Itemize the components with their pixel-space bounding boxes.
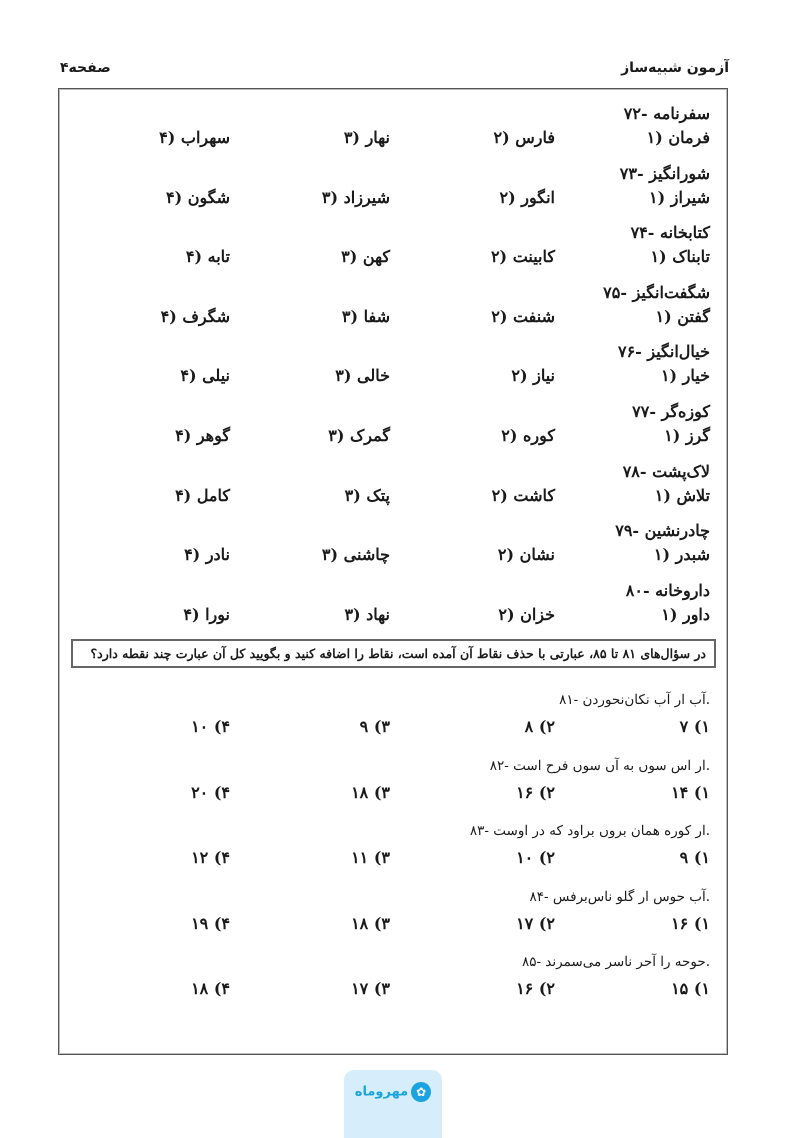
instruction-box: در سؤال‌های ۸۱ تا ۸۵، عبارتی با حذف نقاط… — [71, 639, 716, 668]
answer-option-2[interactable]: ۲) نشان — [498, 545, 555, 564]
answer-option-4[interactable]: ۱۸ (۴ — [191, 979, 230, 998]
answer-option-3[interactable]: ۳) کهن — [341, 247, 390, 266]
answer-option-2[interactable]: ۲) کاشت — [492, 486, 555, 505]
answer-option-4[interactable]: ۴) سهراب — [159, 128, 230, 147]
question-title: ۷۴- کتابخانه — [631, 223, 710, 242]
answer-option-4[interactable]: ۱۹ (۴ — [191, 914, 230, 933]
answer-option-2[interactable]: ۸ (۲ — [525, 717, 555, 736]
page-frame — [58, 88, 728, 1055]
question-title: ۸۴- آب حوس ار گلو ناس‌برفس. — [530, 889, 710, 905]
answer-option-3[interactable]: ۳) چاشنی — [322, 545, 390, 564]
answer-option-2[interactable]: ۲) کوره — [501, 426, 555, 445]
answer-option-2[interactable]: ۱۶ (۲ — [516, 979, 555, 998]
question-title: ۷۳- شورانگیز — [620, 164, 710, 183]
question-title: ۸۰- داروخانه — [626, 581, 710, 600]
answer-option-4[interactable]: ۱۰ (۴ — [191, 717, 230, 736]
answer-option-4[interactable]: ۴) گوهر — [175, 426, 230, 445]
question-title: ۷۹- چادرنشین — [615, 521, 710, 540]
answer-option-4[interactable]: ۴) نادر — [184, 545, 230, 564]
answer-option-1[interactable]: ۱۴ (۱ — [671, 783, 710, 802]
question-title: ۸۳- ار کوره همان بروں براود که در اوست. — [470, 823, 710, 839]
answer-option-1[interactable]: ۱) فرمان — [647, 128, 710, 147]
question-title: ۷۶- خیال‌انگیز — [618, 342, 710, 361]
answer-option-1[interactable]: ۱) داور — [661, 605, 710, 624]
brand-name: مهروماه — [355, 1085, 408, 1100]
exam-title: آزمون شبیه‌ساز — [621, 60, 729, 76]
answer-option-1[interactable]: ۷ (۱ — [680, 717, 710, 736]
answer-option-3[interactable]: ۳) شیرزاد — [322, 188, 390, 207]
question-title: ۸۲- ار اس سوں به آں سوں فرح است. — [490, 758, 710, 774]
answer-option-3[interactable]: ۳) پتک — [345, 486, 390, 505]
answer-option-2[interactable]: ۲) انگور — [500, 188, 555, 207]
answer-option-4[interactable]: ۱۲ (۴ — [191, 848, 230, 867]
answer-option-3[interactable]: ۱۸ (۳ — [351, 914, 390, 933]
butterfly-icon: ✿ — [411, 1082, 431, 1102]
question-title: ۷۵- شگفت‌انگیز — [603, 283, 710, 302]
answer-option-4[interactable]: ۴) شگون — [166, 188, 230, 207]
answer-option-4[interactable]: ۴) نیلی — [180, 366, 230, 385]
question-title: ۷۸- لاک‌پشت — [623, 462, 710, 481]
page-number: صفحه۴ — [60, 60, 111, 76]
answer-option-3[interactable]: ۱۸ (۳ — [351, 783, 390, 802]
answer-option-1[interactable]: ۱) شیراز — [649, 188, 710, 207]
question-title: ۸۱- آب ار آب نکان‌نحوردن. — [559, 692, 710, 708]
answer-option-3[interactable]: ۱۱ (۳ — [351, 848, 390, 867]
answer-option-3[interactable]: ۳) نهاد — [344, 605, 390, 624]
question-title: ۷۲- سفرنامه — [624, 104, 710, 123]
answer-option-1[interactable]: ۱۵ (۱ — [671, 979, 710, 998]
brand-logo: ✿مهروماه — [344, 1082, 442, 1102]
answer-option-2[interactable]: ۱۶ (۲ — [516, 783, 555, 802]
answer-option-1[interactable]: ۱) خیار — [661, 366, 710, 385]
question-title: ۷۷- کوزه‌گر — [632, 402, 710, 421]
answer-option-3[interactable]: ۳) خالی — [335, 366, 390, 385]
answer-option-1[interactable]: ۹ (۱ — [680, 848, 710, 867]
answer-option-3[interactable]: ۳) شفا — [342, 307, 390, 326]
answer-option-2[interactable]: ۲) نیاز — [511, 366, 555, 385]
answer-option-2[interactable]: ۲) فارس — [493, 128, 555, 147]
answer-option-1[interactable]: ۱) شبدر — [654, 545, 710, 564]
footer-badge: ✿مهروماه — [344, 1070, 442, 1138]
answer-option-3[interactable]: ۳) نهار — [344, 128, 390, 147]
answer-option-2[interactable]: ۲) شنفت — [491, 307, 555, 326]
answer-option-2[interactable]: ۱۰ (۲ — [516, 848, 555, 867]
answer-option-1[interactable]: ۱) تلاش — [655, 486, 710, 505]
answer-option-3[interactable]: ۱۷ (۳ — [351, 979, 390, 998]
answer-option-1[interactable]: ۱) گفتن — [656, 307, 710, 326]
answer-option-1[interactable]: ۱) گرز — [664, 426, 710, 445]
answer-option-4[interactable]: ۴) تابه — [186, 247, 230, 266]
question-title: ۸۵- حوحه را آحر ناسر می‌سمرند. — [522, 954, 710, 970]
answer-option-1[interactable]: ۱) تابناک — [650, 247, 710, 266]
answer-option-1[interactable]: ۱۶ (۱ — [671, 914, 710, 933]
answer-option-3[interactable]: ۳) گمرک — [328, 426, 390, 445]
answer-option-4[interactable]: ۴) کامل — [175, 486, 230, 505]
answer-option-2[interactable]: ۲) کابینت — [491, 247, 555, 266]
answer-option-4[interactable]: ۴) نورا — [183, 605, 230, 624]
answer-option-4[interactable]: ۴) شگرف — [161, 307, 230, 326]
answer-option-2[interactable]: ۱۷ (۲ — [516, 914, 555, 933]
answer-option-2[interactable]: ۲) خزان — [498, 605, 555, 624]
answer-option-4[interactable]: ۲۰ (۴ — [191, 783, 230, 802]
answer-option-3[interactable]: ۹ (۳ — [360, 717, 390, 736]
